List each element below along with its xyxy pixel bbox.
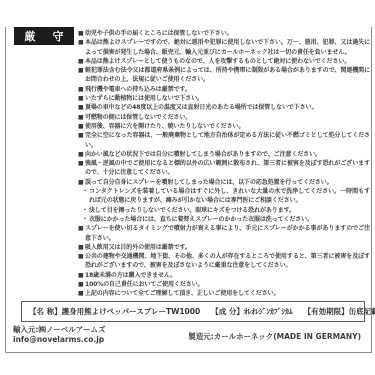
- warning-text: 軽犯罪法含む法令又は都道府県条例によっては、所持や携帯に制限がある場合があります…: [85, 67, 370, 83]
- warning-item: ■本品は熊よけスプレーとして使うものなので、人を攻撃するものとして絶対に使わない…: [78, 57, 370, 66]
- label-border-box: 厳守 ■幼児や子供の手の届くところには保管しないで下さい。■本品は熊よけスプレー…: [5, 27, 372, 353]
- warning-item: ■100%の自己責任においてご使用ください。: [78, 280, 370, 289]
- warning-text: 強風・逆風の中でご使用になると標的以外の広い範囲に散布され、第三者に被害を及ぼす…: [85, 160, 370, 176]
- warning-text: 夏場の車中などの48度以上の温度又は直射日光のあたる場所では保管しないで下さい。: [85, 104, 317, 111]
- product-name-label: 【名 称】: [29, 307, 62, 316]
- warning-text: 本品は熊よけスプレーとして使うものなので、人を攻撃するものとして絶対に使わないで…: [85, 58, 350, 65]
- warning-item: ・コンタクトレンズを装着している場合はすぐに外し、きれいな大量の水で洗浄してくだ…: [82, 187, 370, 206]
- square-bullet-icon: ■: [78, 224, 84, 233]
- ingredient-group: 【成 分】ｵﾚｵﾚｼﾞﾝｶﾌﾟｼｶﾑ: [211, 306, 292, 317]
- expiry-group: 【有効期限】缶底記載: [304, 306, 375, 317]
- badge-label: 厳守: [25, 28, 81, 44]
- square-bullet-icon: ■: [78, 103, 84, 112]
- expiry-label: 【有効期限】: [304, 307, 349, 316]
- warning-text: 幼児や子供の手の届くところには保管しないで下さい。: [85, 30, 233, 37]
- expiry-value: 缶底記載: [349, 307, 375, 316]
- warning-item: ■上記の内容について全てご理解して頂き、正しいご使用をしてください。: [78, 289, 370, 298]
- square-bullet-icon: ■: [78, 94, 84, 103]
- importer-email: info@novelarms.co.jp: [13, 335, 106, 345]
- square-bullet-icon: ■: [78, 159, 84, 168]
- warning-text: スプレーを使い切るタイミングで噴射力が衰える事により、手元にスプレーがかかる事が…: [85, 225, 370, 241]
- warning-list: ■幼児や子供の手の届くところには保管しないで下さい。■本品は熊よけスプレーですの…: [78, 29, 370, 299]
- manufacturer-info: 製造元:カールホーネック(MADE IN GERMANY): [188, 331, 361, 342]
- dot-bullet-icon: ・: [82, 187, 88, 196]
- square-bullet-icon: ■: [78, 271, 84, 280]
- square-bullet-icon: ■: [78, 85, 84, 94]
- warning-text: 本品は熊よけスプレーですので、絶対に悪用や犯罪に使用しないで下さい。万一、悪用、…: [85, 39, 370, 55]
- product-name-group: 【名 称】護身用熊よけペッパースプレーTW1000: [29, 306, 200, 317]
- warning-item: ■完全に空になった容器は、一般廃棄物として地方自治体が定める方法に従い不燃ゴミと…: [78, 131, 370, 150]
- ingredient-value: ｵﾚｵﾚｼﾞﾝｶﾌﾟｼｶﾑ: [244, 307, 293, 316]
- warning-text: 決して目を擦ったりしないでください、眼球にキズをつける恐れがあります。: [89, 207, 295, 214]
- dot-bullet-icon: ・: [82, 215, 88, 224]
- square-bullet-icon: ■: [78, 57, 84, 66]
- square-bullet-icon: ■: [78, 29, 84, 38]
- strict-observance-badge: 厳守: [14, 27, 74, 45]
- warning-text: 100%の自己責任においてご使用ください。: [85, 281, 203, 288]
- warning-item: ■スプレーを使い切るタイミングで噴射力が衰える事により、手元にスプレーがかかる事…: [78, 224, 370, 243]
- warning-text: 公共の建物や交通機関、地下街、その他、多くの人が存在するところで使用すると、第三…: [85, 253, 370, 269]
- square-bullet-icon: ■: [78, 178, 84, 187]
- warning-text: 18歳未満の方は購入できません。: [85, 272, 176, 279]
- importer-name: 輸入元:㈱ノーベルアームズ: [13, 325, 106, 335]
- product-name-value: 護身用熊よけペッパースプレーTW1000: [62, 307, 201, 316]
- square-bullet-icon: ■: [78, 113, 84, 122]
- warning-item: ■向かい風などの状況下では自分に噴射してしまう場合がありますので、ご注意ください…: [78, 150, 370, 159]
- product-info-box: 【名 称】護身用熊よけペッパースプレーTW1000 【成 分】ｵﾚｵﾚｼﾞﾝｶﾌ…: [21, 301, 365, 322]
- square-bullet-icon: ■: [78, 252, 84, 261]
- warning-text: 誤って自分自身にスプレーを噴射してしまった場合には、以下の応急処置を行ってくださ…: [85, 179, 333, 186]
- warning-item: ■使用後、容器に穴を開けたり、焼いたりしないでください。: [78, 122, 370, 131]
- square-bullet-icon: ■: [78, 150, 84, 159]
- warning-item: ■飛行機や電車への持ち込みは厳禁です。: [78, 85, 370, 94]
- warning-item: ■強風・逆風の中でご使用になると標的以外の広い範囲に散布され、第三者に被害を及ぼ…: [78, 159, 370, 178]
- square-bullet-icon: ■: [78, 289, 84, 298]
- warning-text: コンタクトレンズを装着している場合はすぐに外し、きれいな大量の水で洗浄してくださ…: [89, 188, 370, 204]
- warning-item: ■夏場の車中などの48度以上の温度又は直射日光のあたる場所では保管しないで下さい…: [78, 103, 370, 112]
- warning-item: ■本品は熊よけスプレーですので、絶対に悪用や犯罪に使用しないで下さい。万一、悪用…: [78, 38, 370, 57]
- warning-text: 衣服にかかった場合には、直ちに着替えスプレーのかかった衣服は洗ってください。: [89, 216, 313, 223]
- square-bullet-icon: ■: [78, 38, 84, 47]
- square-bullet-icon: ■: [78, 66, 84, 75]
- square-bullet-icon: ■: [78, 122, 84, 131]
- warning-text: 上記の内容について全てご理解して頂き、正しいご使用をしてください。: [85, 290, 279, 297]
- warning-text: 吸入飲用又は目的外の使用は厳禁です。: [85, 244, 191, 251]
- importer-info: 輸入元:㈱ノーベルアームズ info@novelarms.co.jp: [13, 325, 106, 344]
- warning-item: ■幼児や子供の手の届くところには保管しないで下さい。: [78, 29, 370, 38]
- square-bullet-icon: ■: [78, 243, 84, 252]
- warning-text: 使用後、容器に穴を開けたり、焼いたりしないでください。: [85, 123, 244, 130]
- warning-item: ■いたずらに動植物には使用しないで下さい。: [78, 94, 370, 103]
- warning-text: 向かい風などの状況下では自分に噴射してしまう場合がありますので、ご注意ください。: [85, 151, 321, 158]
- warning-text: 飛行機や電車への持ち込みは厳禁です。: [85, 86, 191, 93]
- warning-text: いたずらに動植物には使用しないで下さい。: [85, 95, 203, 102]
- warning-text: 完全に空になった容器は、一般廃棄物として地方自治体が定める方法に従い不燃ゴミとし…: [85, 132, 370, 148]
- warning-item: ■誤って自分自身にスプレーを噴射してしまった場合には、以下の応急処置を行ってくだ…: [78, 178, 370, 187]
- ingredient-label: 【成 分】: [211, 307, 244, 316]
- warning-text: 可燃物の側には保管しないでください。: [85, 114, 191, 121]
- warning-item: ・決して目を擦ったりしないでください、眼球にキズをつける恐れがあります。: [82, 206, 370, 215]
- dot-bullet-icon: ・: [82, 206, 88, 215]
- warning-item: ■軽犯罪法含む法令又は都道府県条例によっては、所持や携帯に制限がある場合がありま…: [78, 66, 370, 85]
- square-bullet-icon: ■: [78, 131, 84, 140]
- warning-label-sheet: 厳守 ■幼児や子供の手の届くところには保管しないで下さい。■本品は熊よけスプレー…: [0, 0, 375, 375]
- square-bullet-icon: ■: [78, 280, 84, 289]
- warning-item: ■18歳未満の方は購入できません。: [78, 271, 370, 280]
- warning-item: ■吸入飲用又は目的外の使用は厳禁です。: [78, 243, 370, 252]
- warning-item: ■可燃物の側には保管しないでください。: [78, 113, 370, 122]
- warning-item: ■公共の建物や交通機関、地下街、その他、多くの人が存在するところで使用すると、第…: [78, 252, 370, 271]
- warning-item: ・衣服にかかった場合には、直ちに着替えスプレーのかかった衣服は洗ってください。: [82, 215, 370, 224]
